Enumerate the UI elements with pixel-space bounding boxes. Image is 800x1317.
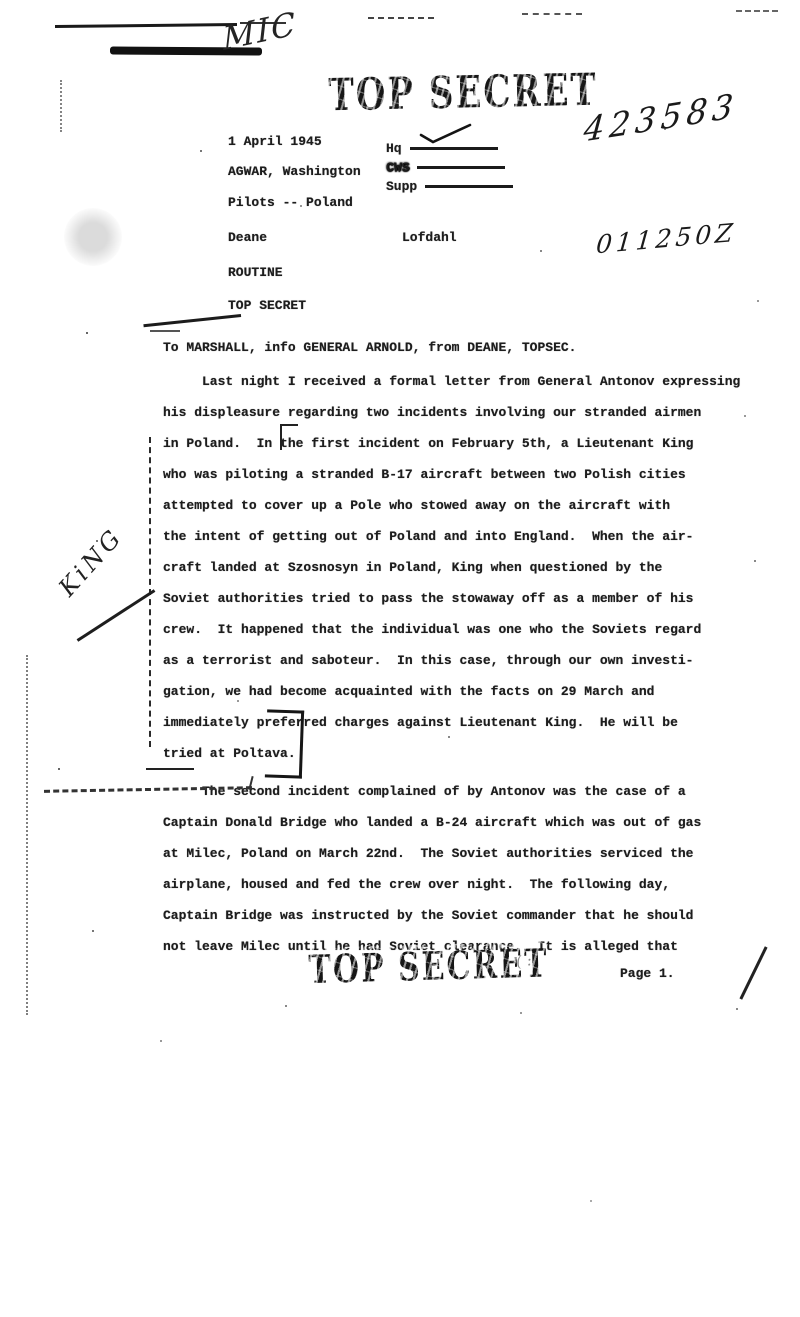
subject-line: Pilots -- Poland — [228, 187, 353, 218]
body-line: attempted to cover up a Pole who stowed … — [163, 490, 763, 521]
origin-line: AGWAR, Washington — [228, 156, 361, 187]
margin-note-underline — [77, 589, 156, 642]
scan-artifact-line — [736, 10, 778, 12]
document-date: 1 April 1945 — [228, 126, 322, 157]
closing-bracket-mark — [265, 709, 304, 778]
scan-edge-dotted-line — [26, 655, 28, 1015]
top-secret-stamp-top: TOP SECRET — [328, 64, 598, 122]
routing-underline — [417, 166, 505, 169]
body-line: in Poland. In the first incident on Febr… — [163, 428, 763, 459]
handwritten-initials: MIC — [221, 4, 298, 58]
checkmark-icon — [418, 122, 474, 146]
body-line: Captain Bridge was instructed by the Sov… — [163, 900, 763, 931]
body-line: crew. It happened that the individual wa… — [163, 614, 763, 645]
scan-artifact-line — [368, 17, 434, 19]
routing-row-cws: CWS — [386, 152, 513, 171]
routing-label: Supp — [386, 179, 417, 194]
body-line: the intent of getting out of Poland and … — [163, 521, 763, 552]
releaser-name: Lofdahl — [402, 222, 457, 253]
body-line: who was piloting a stranded B-17 aircraf… — [163, 459, 763, 490]
body-line: his displeasure regarding two incidents … — [163, 397, 763, 428]
inline-bracket-mark — [280, 424, 298, 450]
body-line: at Milec, Poland on March 22nd. The Sovi… — [163, 838, 763, 869]
routing-underline — [410, 147, 498, 150]
paper-speckles — [0, 0, 2, 2]
pencil-smudge-mark: ( : — [515, 951, 533, 971]
handwritten-margin-note: KiNG — [53, 522, 129, 602]
body-line: The second incident complained of by Ant… — [163, 776, 763, 807]
scan-artifact-line — [522, 13, 582, 15]
handwritten-cable-number: 423583 — [582, 85, 740, 149]
pen-divider-line — [143, 314, 241, 327]
body-line: Captain Donald Bridge who landed a B-24 … — [163, 807, 763, 838]
scan-edge-dots — [60, 80, 62, 132]
routing-row-supp: Supp — [386, 171, 513, 190]
top-secret-stamp-bottom: TOP SECRET — [308, 941, 549, 993]
scanned-document-page: MIC TOP SECRET 1 April 1945 AGWAR, Washi… — [0, 0, 800, 1317]
body-line: tried at Poltava. — [163, 738, 763, 769]
body-line: Last night I received a formal letter fr… — [163, 366, 763, 397]
ink-smudge — [64, 208, 122, 266]
precedence-line: ROUTINE — [228, 257, 283, 288]
scan-artifact-line — [55, 23, 237, 28]
drafter-name: Deane — [228, 222, 267, 253]
body-line: craft landed at Szosnosyn in Poland, Kin… — [163, 552, 763, 583]
address-line: To MARSHALL, info GENERAL ARNOLD, from D… — [163, 332, 763, 363]
page-number: Page 1. — [620, 958, 675, 989]
message-body: To MARSHALL, info GENERAL ARNOLD, from D… — [163, 332, 763, 962]
routing-underline — [425, 185, 513, 188]
body-line: immediately preferred charges against Li… — [163, 707, 763, 738]
handwritten-date-time-group: 011250Z — [595, 218, 738, 260]
body-line: airplane, housed and fed the crew over n… — [163, 869, 763, 900]
body-line: Soviet authorities tried to pass the sto… — [163, 583, 763, 614]
margin-bracket-foot — [146, 768, 194, 770]
body-line: gation, we had become acquainted with th… — [163, 676, 763, 707]
body-line: as a terrorist and saboteur. In this cas… — [163, 645, 763, 676]
